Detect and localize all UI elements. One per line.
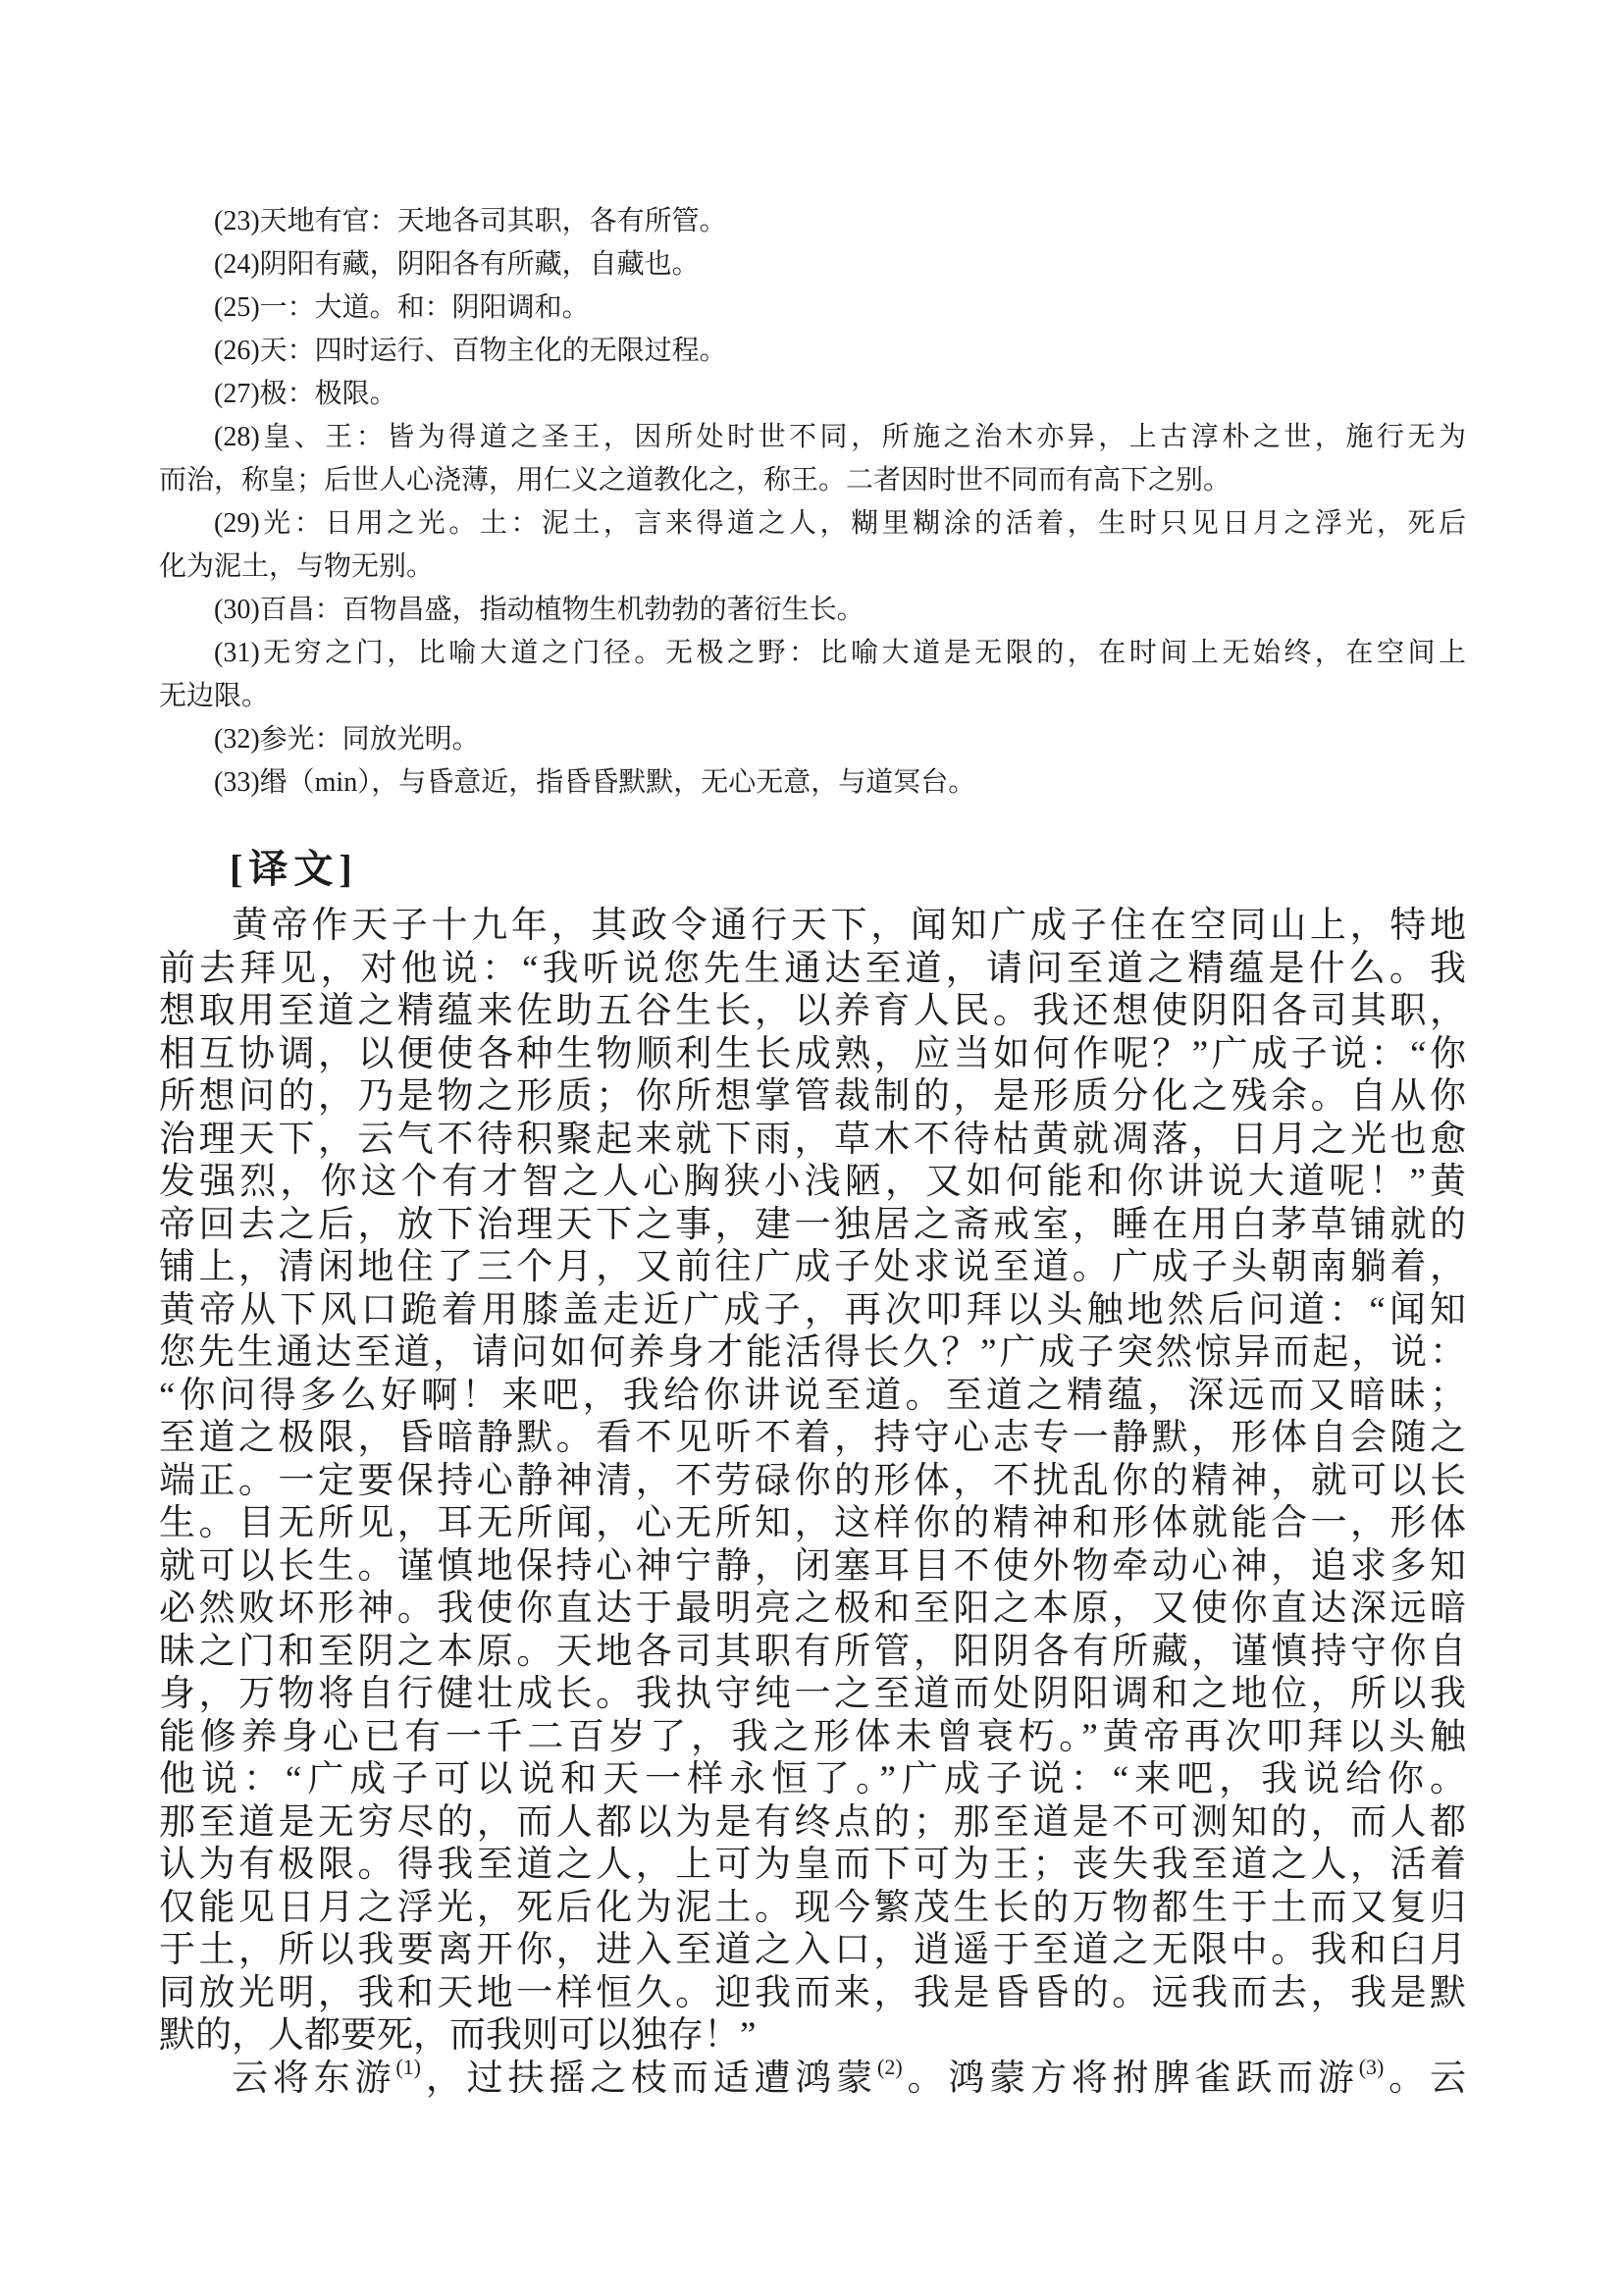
annotation-line: (31)无穷之门，比喻大道之门径。无极之野：比喻大道是无限的，在时间上无始终，在… [159, 632, 1466, 675]
translation-body-line: 昧之门和至阴之本原。天地各司其职有所管，阳阴各有所藏，谨慎持守你自 [159, 1631, 1466, 1674]
annotation-line: (25)一：大道。和：阴阳调和。 [159, 287, 1466, 330]
translation-heading: [译文] [159, 844, 1466, 895]
annotation-line: (23)天地有官：天地各司其职，各有所管。 [159, 200, 1466, 243]
translation-body-line: 所想问的，乃是物之形质；你所想掌管裁制的，是形质分化之残余。自从你 [159, 1075, 1466, 1119]
annotation-line: (24)阴阳有藏，阴阳各有所藏，自藏也。 [159, 243, 1466, 287]
annotations-section: (23)天地有官：天地各司其职，各有所管。(24)阴阳有藏，阴阳各有所藏，自藏也… [159, 200, 1466, 805]
annotation-line: (27)极：极限。 [159, 373, 1466, 416]
annotation-line: 化为泥土，与物无别。 [159, 546, 1466, 589]
translation-body-line: 那至道是无穷尽的，而人都以为是有终点的；那至道是不可测知的，而人都 [159, 1801, 1466, 1845]
page-content: (23)天地有官：天地各司其职，各有所管。(24)阴阳有藏，阴阳各有所藏，自藏也… [159, 200, 1466, 2100]
annotation-line: 而治，称皇；后世人心浇薄，用仁义之道教化之，称王。二者因时世不同而有高下之别。 [159, 459, 1466, 502]
annotation-line: (32)参光：同放光明。 [159, 718, 1466, 761]
translation-body-line: 想取用至道之精蕴来佐助五谷生长，以养育人民。我还想使阴阳各司其职， [159, 990, 1466, 1033]
translation-body-line: 他说：“广成子可以说和天一样永恒了。”广成子说：“来吧，我说给你。 [159, 1758, 1466, 1801]
translation-body-line: 同放光明，我和天地一样恒久。迎我而来，我是昏昏的。远我而去，我是默 [159, 1972, 1466, 2015]
translation-body-line: 默的，人都要死，而我则可以独存！” [159, 2014, 1466, 2058]
text-run: 云将东游 [232, 2059, 395, 2099]
translation-body-line: 发强烈，你这个有才智之人心胸狭小浅陋，又如何能和你讲说大道呢！”黄 [159, 1161, 1466, 1204]
annotation-line: 无边限。 [159, 675, 1466, 718]
text-run: 。云 [1384, 2059, 1466, 2099]
annotation-line: (33)缗（min），与昏意近，指昏昏默默，无心无意，与道冥台。 [159, 761, 1466, 805]
translation-body-line: 您先生通达至道，请问如何养身才能活得长久？”广成子突然惊异而起，说： [159, 1331, 1466, 1375]
text-run: ，过扶摇之枝而适遭鸿蒙 [421, 2059, 877, 2099]
book-page: (23)天地有官：天地各司其职，各有所管。(24)阴阳有藏，阴阳各有所藏，自藏也… [0, 0, 1624, 2294]
annotation-line: (28)皇、王：皆为得道之圣王，因所处时世不同，所施之治木亦异，上古淳朴之世，施… [159, 416, 1466, 459]
translation-body-line: 身，万物将自行健壮成长。我执守纯一之至道而处阴阳调和之地位，所以我 [159, 1673, 1466, 1716]
translation-body-line: 相互协调，以便使各种生物顺利生长成熟，应当如何作呢？”广成子说：“你 [159, 1033, 1466, 1076]
translation-paragraphs: 黄帝作天子十九年，其政令通行天下，闻知广成子住在空同山上，特地前去拜见，对他说：… [159, 905, 1466, 2100]
translation-body-line: 能修养身心已有一千二百岁了，我之形体未曾衰朽。”黄帝再次叩拜以头触 [159, 1716, 1466, 1759]
translation-paragraph-1: 黄帝作天子十九年，其政令通行天下，闻知广成子住在空同山上，特地前去拜见，对他说：… [159, 905, 1466, 2058]
footnote-ref: (2) [877, 2055, 903, 2079]
translation-body-line: 生。目无所见，耳无所闻，心无所知，这样你的精神和形体就能合一，形体 [159, 1502, 1466, 1545]
translation-body-line: 铺上，清闲地住了三个月，又前往广成子处求说至道。广成子头朝南躺着， [159, 1246, 1466, 1289]
annotation-line: (30)百昌：百物昌盛，指动植物生机勃勃的著衍生长。 [159, 589, 1466, 632]
translation-body-line: “你问得多么好啊！来吧，我给你讲说至道。至道之精蕴，深远而又暗昧； [159, 1375, 1466, 1418]
translation-body-line: 帝回去之后，放下治理天下之事，建一独居之斋戒室，睡在用白茅草铺就的 [159, 1204, 1466, 1247]
annotation-line: (29)光：日用之光。土：泥土，言来得道之人，糊里糊涂的活着，生时只见日月之浮光… [159, 502, 1466, 546]
translation-body-line: 必然败坏形神。我使你直达于最明亮之极和至阳之本原，又使你直达深远暗 [159, 1588, 1466, 1631]
translation-paragraph-2-line: 云将东游(1)，过扶摇之枝而适遭鸿蒙(2)。鸿蒙方将拊脾雀跃而游(3)。云 [159, 2058, 1466, 2101]
footnote-ref: (1) [395, 2055, 421, 2079]
translation-body-line: 黄帝从下风口跪着用膝盖走近广成子，再次叩拜以头触地然后问道：“闻知 [159, 1289, 1466, 1332]
translation-body-line: 认为有极限。得我至道之人，上可为皇而下可为王；丧失我至道之人，活着 [159, 1844, 1466, 1887]
translation-body-line: 于土，所以我要离开你，进入至道之入口，逍遥于至道之无限中。我和臼月 [159, 1929, 1466, 1972]
annotation-line: (26)天：四时运行、百物主化的无限过程。 [159, 330, 1466, 373]
footnote-ref: (3) [1359, 2055, 1385, 2079]
translation-body-line: 仅能见日月之浮光，死后化为泥土。现今繁茂生长的万物都生于土而又复归 [159, 1887, 1466, 1930]
translation-body-line: 就可以长生。谨慎地保持心神宁静，闭塞耳目不使外物牵动心神，追求多知 [159, 1545, 1466, 1589]
translation-body-line: 至道之极限，昏暗静默。看不见听不着，持守心志专一静默，形体自会随之 [159, 1417, 1466, 1460]
translation-body-line: 治理天下，云气不待积聚起来就下雨，草木不待枯黄就凋落，日月之光也愈 [159, 1119, 1466, 1162]
text-run: 。鸿蒙方将拊脾雀跃而游 [903, 2059, 1359, 2099]
translation-body-line: 前去拜见，对他说：“我听说您先生通达至道，请问至道之精蕴是什么。我 [159, 948, 1466, 991]
translation-body-line: 黄帝作天子十九年，其政令通行天下，闻知广成子住在空同山上，特地 [159, 905, 1466, 948]
translation-body-line: 端正。一定要保持心静神清，不劳碌你的形体，不扰乱你的精神，就可以长 [159, 1460, 1466, 1503]
